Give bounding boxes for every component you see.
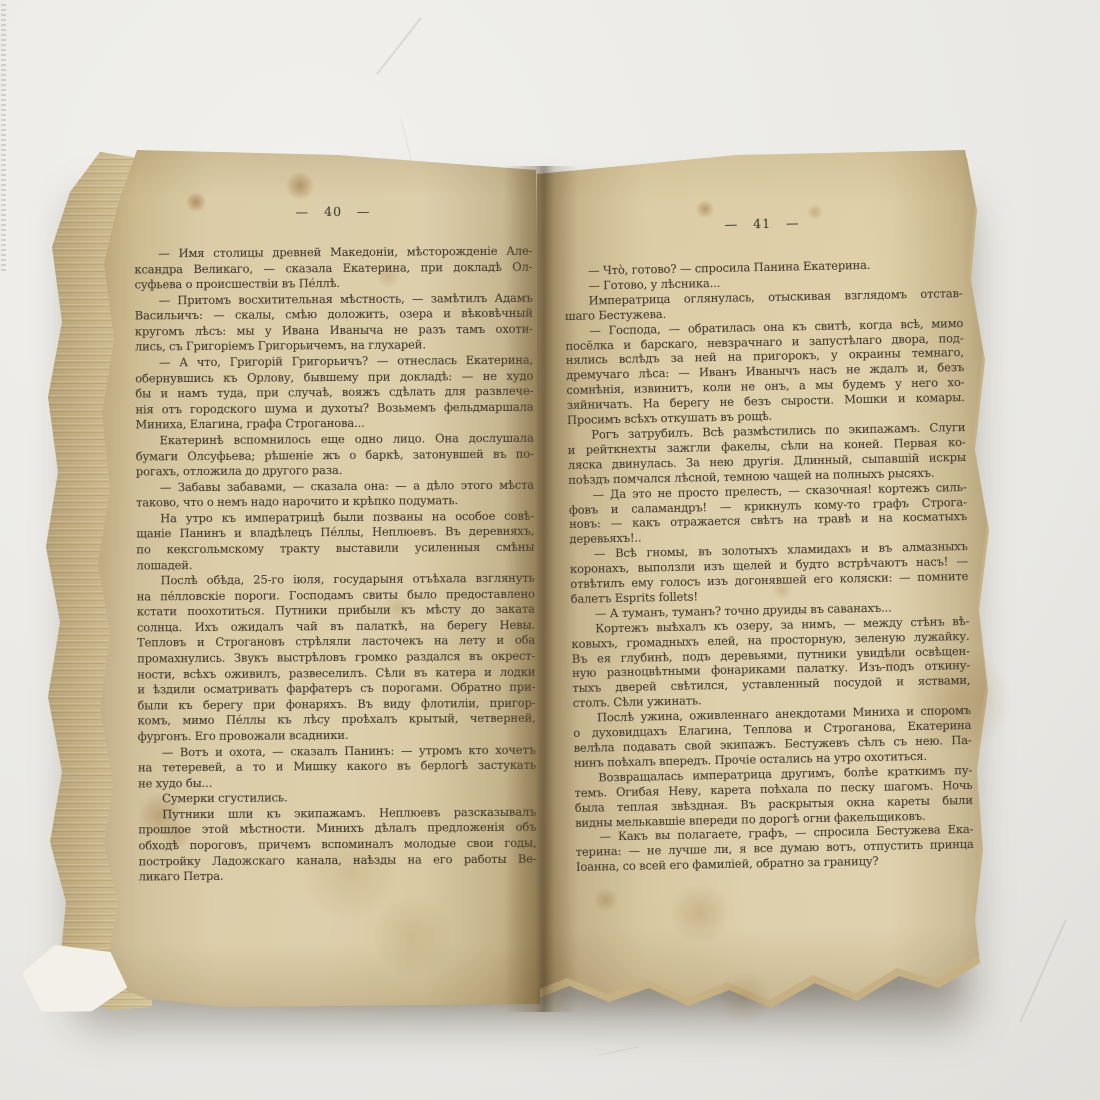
table-scratch <box>376 17 422 75</box>
text-line: ликаго Петра. <box>139 867 537 885</box>
text-line: нія отъ городского шума и духоты? Возьме… <box>135 399 533 417</box>
photo-scene: — 41 — — Что̀, готово? — спросила Панина… <box>0 0 1100 1100</box>
table-scratch <box>1019 919 1066 1022</box>
text-line: бумаги Олсуфьева; рѣшеніе жъ о баркѣ, за… <box>136 446 534 464</box>
text-line: постройку Ладожскаго канала, наѣзды на е… <box>139 851 537 869</box>
left-page-text-column: — 40 — — Имя столицы древней Македоніи, … <box>134 203 537 885</box>
right-page-text-column: — 41 — — Что̀, готово? — спросила Панина… <box>563 212 974 875</box>
text-line: на тетеревей, а то и Мишку какого въ бер… <box>138 758 536 776</box>
book-page-right: — 41 — — Что̀, готово? — спросила Панина… <box>537 142 989 1014</box>
book-page-left: — 40 — — Имя столицы древней Македоніи, … <box>88 146 540 1012</box>
text-line: ксандра Великаго, — сказала Екатерина, п… <box>134 259 532 277</box>
left-page-text: — Имя столицы древней Македоніи, мѣсторо… <box>134 244 536 885</box>
text-line: — Забавы забавами, — сказала она: — а дѣ… <box>136 477 534 495</box>
right-page-text: — Что̀, готово? — спросила Панина Екатер… <box>564 256 974 875</box>
table-scratch <box>598 1046 639 1056</box>
background-edge-print <box>1 4 6 272</box>
text-line: по кексгольмскому тракту выставили усиле… <box>136 540 534 558</box>
page-number-left: — 40 — <box>134 203 532 247</box>
text-line: комъ, мимо Пе́ллы къ лѣсу проѣхалъ крыты… <box>138 711 536 729</box>
